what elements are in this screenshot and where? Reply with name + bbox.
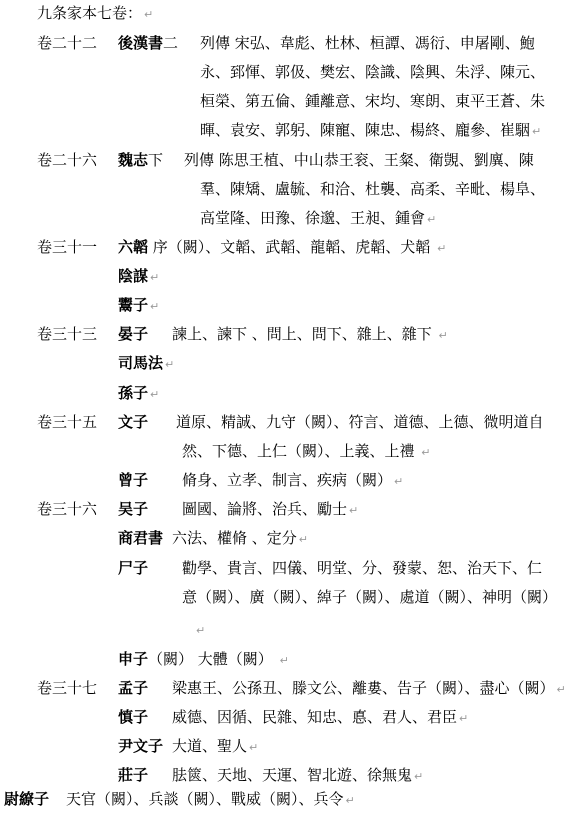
paragraph-mark-icon: ↵ — [249, 741, 258, 754]
text-line: 胠篋、天地、天運、智北遊、徐無鬼↵ — [172, 766, 423, 784]
text-line: 尹文子 — [118, 737, 163, 755]
text-line: 暉、袁安、郭躬、陳寵、陳忠、楊終、龐參、崔駰↵ — [200, 121, 541, 139]
paragraph-mark-icon: ↵ — [414, 770, 423, 783]
text-segment: 卷三十一 — [37, 238, 97, 256]
text-segment: （闕） 大體（闕） — [148, 650, 278, 668]
text-segment: 下 — [148, 151, 163, 169]
text-segment: 諫上、諫下 、問上、問下、雜上、雜下 — [172, 325, 437, 343]
text-line: 孟子 — [118, 679, 148, 697]
text-line: 然、下德、上仁（闕）、上義、上禮 ↵ — [182, 442, 431, 460]
text-segment: 意（闕）、廣（闕）、綽子（闕）、處道（闕）、神明（闕） — [182, 588, 557, 606]
paragraph-mark-icon: ↵ — [394, 475, 403, 488]
book-title: 晏子 — [118, 325, 148, 343]
paragraph-mark-icon: ↵ — [459, 712, 468, 725]
text-segment: 暉、袁安、郭躬、陳寵、陳忠、楊終、龐參、崔駰 — [200, 121, 530, 139]
paragraph-mark-icon: ↵ — [557, 683, 566, 696]
text-segment: 胠篋、天地、天運、智北遊、徐無鬼 — [172, 766, 412, 784]
text-segment: 列傳 宋弘、韋彪、杜林、桓譚、馮衍、申屠剛、鮑 — [200, 34, 535, 52]
text-line: 慎子 — [118, 708, 148, 726]
text-line: 孫子↵ — [118, 384, 159, 402]
book-title: 尸子 — [118, 559, 148, 577]
text-segment: 桓榮、第五倫、鍾離意、宋均、寒朗、東平王蒼、朱 — [200, 92, 545, 110]
text-line: 大道、聖人↵ — [172, 737, 258, 755]
book-title: 莊子 — [118, 766, 148, 784]
text-line: 威德、因循、民雜、知忠、悳、君人、君臣↵ — [172, 708, 468, 726]
paragraph-mark-icon: ↵ — [427, 213, 436, 226]
text-segment: 序（闕）、文韜、武韜、龍韜、虎韜、犬韜 — [148, 238, 435, 256]
text-line: 卷三十五 — [37, 413, 97, 431]
text-line: 卷二十二 — [37, 34, 97, 52]
text-segment: 列傳 陈思王植、中山恭王衮、王粲、衛覬、劉廙、陳 — [184, 151, 534, 169]
book-title: 吴子 — [118, 500, 148, 518]
text-line: 卷三十七 — [37, 679, 97, 697]
text-line: 晏子 — [118, 325, 148, 343]
text-line: 脩身、立孝、制言、疾病（闕）↵ — [182, 471, 403, 489]
text-segment: 大道、聖人 — [172, 737, 247, 755]
paragraph-mark-icon: ↵ — [346, 794, 355, 807]
paragraph-mark-icon: ↵ — [196, 624, 205, 637]
text-segment: 羣、陳矯、盧毓、和洽、杜襲、高柔、辛毗、楊阜、 — [200, 180, 545, 198]
text-segment: 天官（闕）、兵談（闕）、戰威（闕）、兵令 — [66, 790, 344, 808]
text-segment: 卷二十二 — [37, 34, 97, 52]
text-line: 道原、精誠、九守（闕）、符言、道德、上德、微明道自 — [176, 413, 544, 431]
book-title: 尉繚子 — [4, 790, 49, 808]
text-segment: 九条家本七卷： — [37, 4, 142, 22]
text-line: 羣、陳矯、盧毓、和洽、杜襲、高柔、辛毗、楊阜、 — [200, 180, 545, 198]
text-segment: 圖國、論將、治兵、勵士 — [182, 500, 347, 518]
text-line: 卷三十一 — [37, 238, 97, 256]
text-segment: 梁惠王、公孫丑、滕文公、離婁、告子（闕）、盡心（闕） — [172, 679, 555, 697]
text-segment: 脩身、立孝、制言、疾病（闕） — [182, 471, 392, 489]
paragraph-mark-icon: ↵ — [349, 504, 358, 517]
text-line: 卷三十三 — [37, 325, 97, 343]
paragraph-mark-icon: ↵ — [421, 446, 430, 459]
text-line: 列傳 陈思王植、中山恭王衮、王粲、衛覬、劉廙、陳 — [184, 151, 534, 169]
book-title: 孟子 — [118, 679, 148, 697]
book-title: 文子 — [118, 413, 148, 431]
book-title: 後漢書 — [118, 34, 163, 52]
text-line: 諫上、諫下 、問上、問下、雜上、雜下 ↵ — [172, 325, 448, 343]
paragraph-mark-icon: ↵ — [165, 358, 174, 371]
book-title: 申子 — [118, 650, 148, 668]
text-line: 司馬法↵ — [118, 354, 174, 372]
text-segment: 然、下德、上仁（闕）、上義、上禮 — [182, 442, 419, 460]
text-line: ↵ — [194, 620, 205, 638]
book-title: 鬻子 — [118, 296, 148, 314]
book-title: 孫子 — [118, 384, 148, 402]
text-segment: 卷三十五 — [37, 413, 97, 431]
book-title: 商君書 — [118, 529, 163, 547]
text-line: 永、郅惲、郭伋、樊宏、陰識、陰興、朱浮、陳元、 — [200, 63, 545, 81]
text-line: 莊子 — [118, 766, 148, 784]
book-title: 六韜 — [118, 238, 148, 256]
text-line: 天官（闕）、兵談（闕）、戰威（闕）、兵令↵ — [66, 790, 355, 808]
book-title: 陰謀 — [118, 267, 148, 285]
text-line: 尉繚子 — [4, 790, 49, 808]
text-line: 梁惠王、公孫丑、滕文公、離婁、告子（闕）、盡心（闕）↵ — [172, 679, 566, 697]
text-line: 卷三十六 — [37, 500, 97, 518]
book-title: 尹文子 — [118, 737, 163, 755]
text-line: 意（闕）、廣（闕）、綽子（闕）、處道（闕）、神明（闕） — [182, 588, 557, 606]
text-line: 列傳 宋弘、韋彪、杜林、桓譚、馮衍、申屠剛、鮑 — [200, 34, 535, 52]
text-line: 魏志下 — [118, 151, 163, 169]
book-title: 慎子 — [118, 708, 148, 726]
text-line: 高堂隆、田豫、徐邈、王昶、鍾會↵ — [200, 209, 436, 227]
text-segment: 六法、權脩 、定分 — [172, 529, 297, 547]
book-title: 曾子 — [118, 471, 148, 489]
text-line: 圖國、論將、治兵、勵士↵ — [182, 500, 358, 518]
text-line: 陰謀↵ — [118, 267, 159, 285]
text-line: 桓榮、第五倫、鍾離意、宋均、寒朗、東平王蒼、朱 — [200, 92, 545, 110]
text-line: 曾子 — [118, 471, 148, 489]
book-title: 魏志 — [118, 151, 148, 169]
text-line: 尸子 — [118, 559, 148, 577]
text-segment: 威德、因循、民雜、知忠、悳、君人、君臣 — [172, 708, 457, 726]
paragraph-mark-icon: ↵ — [299, 533, 308, 546]
text-segment: 勸學、貴言、四儀、明堂、分、發蒙、恕、治天下、仁 — [182, 559, 542, 577]
paragraph-mark-icon: ↵ — [150, 388, 159, 401]
text-segment: 卷二十六 — [37, 151, 97, 169]
text-line: 卷二十六 — [37, 151, 97, 169]
text-segment: 卷三十六 — [37, 500, 97, 518]
text-line: 文子 — [118, 413, 148, 431]
text-line: 商君書 — [118, 529, 163, 547]
paragraph-mark-icon: ↵ — [437, 242, 446, 255]
text-segment: 永、郅惲、郭伋、樊宏、陰識、陰興、朱浮、陳元、 — [200, 63, 545, 81]
text-segment: 二 — [163, 34, 178, 52]
paragraph-mark-icon: ↵ — [280, 654, 289, 667]
text-line: 勸學、貴言、四儀、明堂、分、發蒙、恕、治天下、仁 — [182, 559, 542, 577]
paragraph-mark-icon: ↵ — [532, 125, 541, 138]
text-line: 鬻子↵ — [118, 296, 159, 314]
paragraph-mark-icon: ↵ — [150, 300, 159, 313]
paragraph-mark-icon: ↵ — [439, 329, 448, 342]
text-line: 後漢書二 — [118, 34, 178, 52]
text-line: 六韜 序（闕）、文韜、武韜、龍韜、虎韜、犬韜 ↵ — [118, 238, 446, 256]
text-line: 九条家本七卷：↵ — [37, 4, 153, 22]
paragraph-mark-icon: ↵ — [150, 271, 159, 284]
text-segment: 道原、精誠、九守（闕）、符言、道德、上德、微明道自 — [176, 413, 544, 431]
text-segment: 卷三十七 — [37, 679, 97, 697]
paragraph-mark-icon: ↵ — [144, 8, 153, 21]
text-line: 六法、權脩 、定分↵ — [172, 529, 308, 547]
text-segment: 高堂隆、田豫、徐邈、王昶、鍾會 — [200, 209, 425, 227]
book-title: 司馬法 — [118, 354, 163, 372]
text-line: 申子（闕） 大體（闕） ↵ — [118, 650, 289, 668]
text-segment: 卷三十三 — [37, 325, 97, 343]
text-line: 吴子 — [118, 500, 148, 518]
